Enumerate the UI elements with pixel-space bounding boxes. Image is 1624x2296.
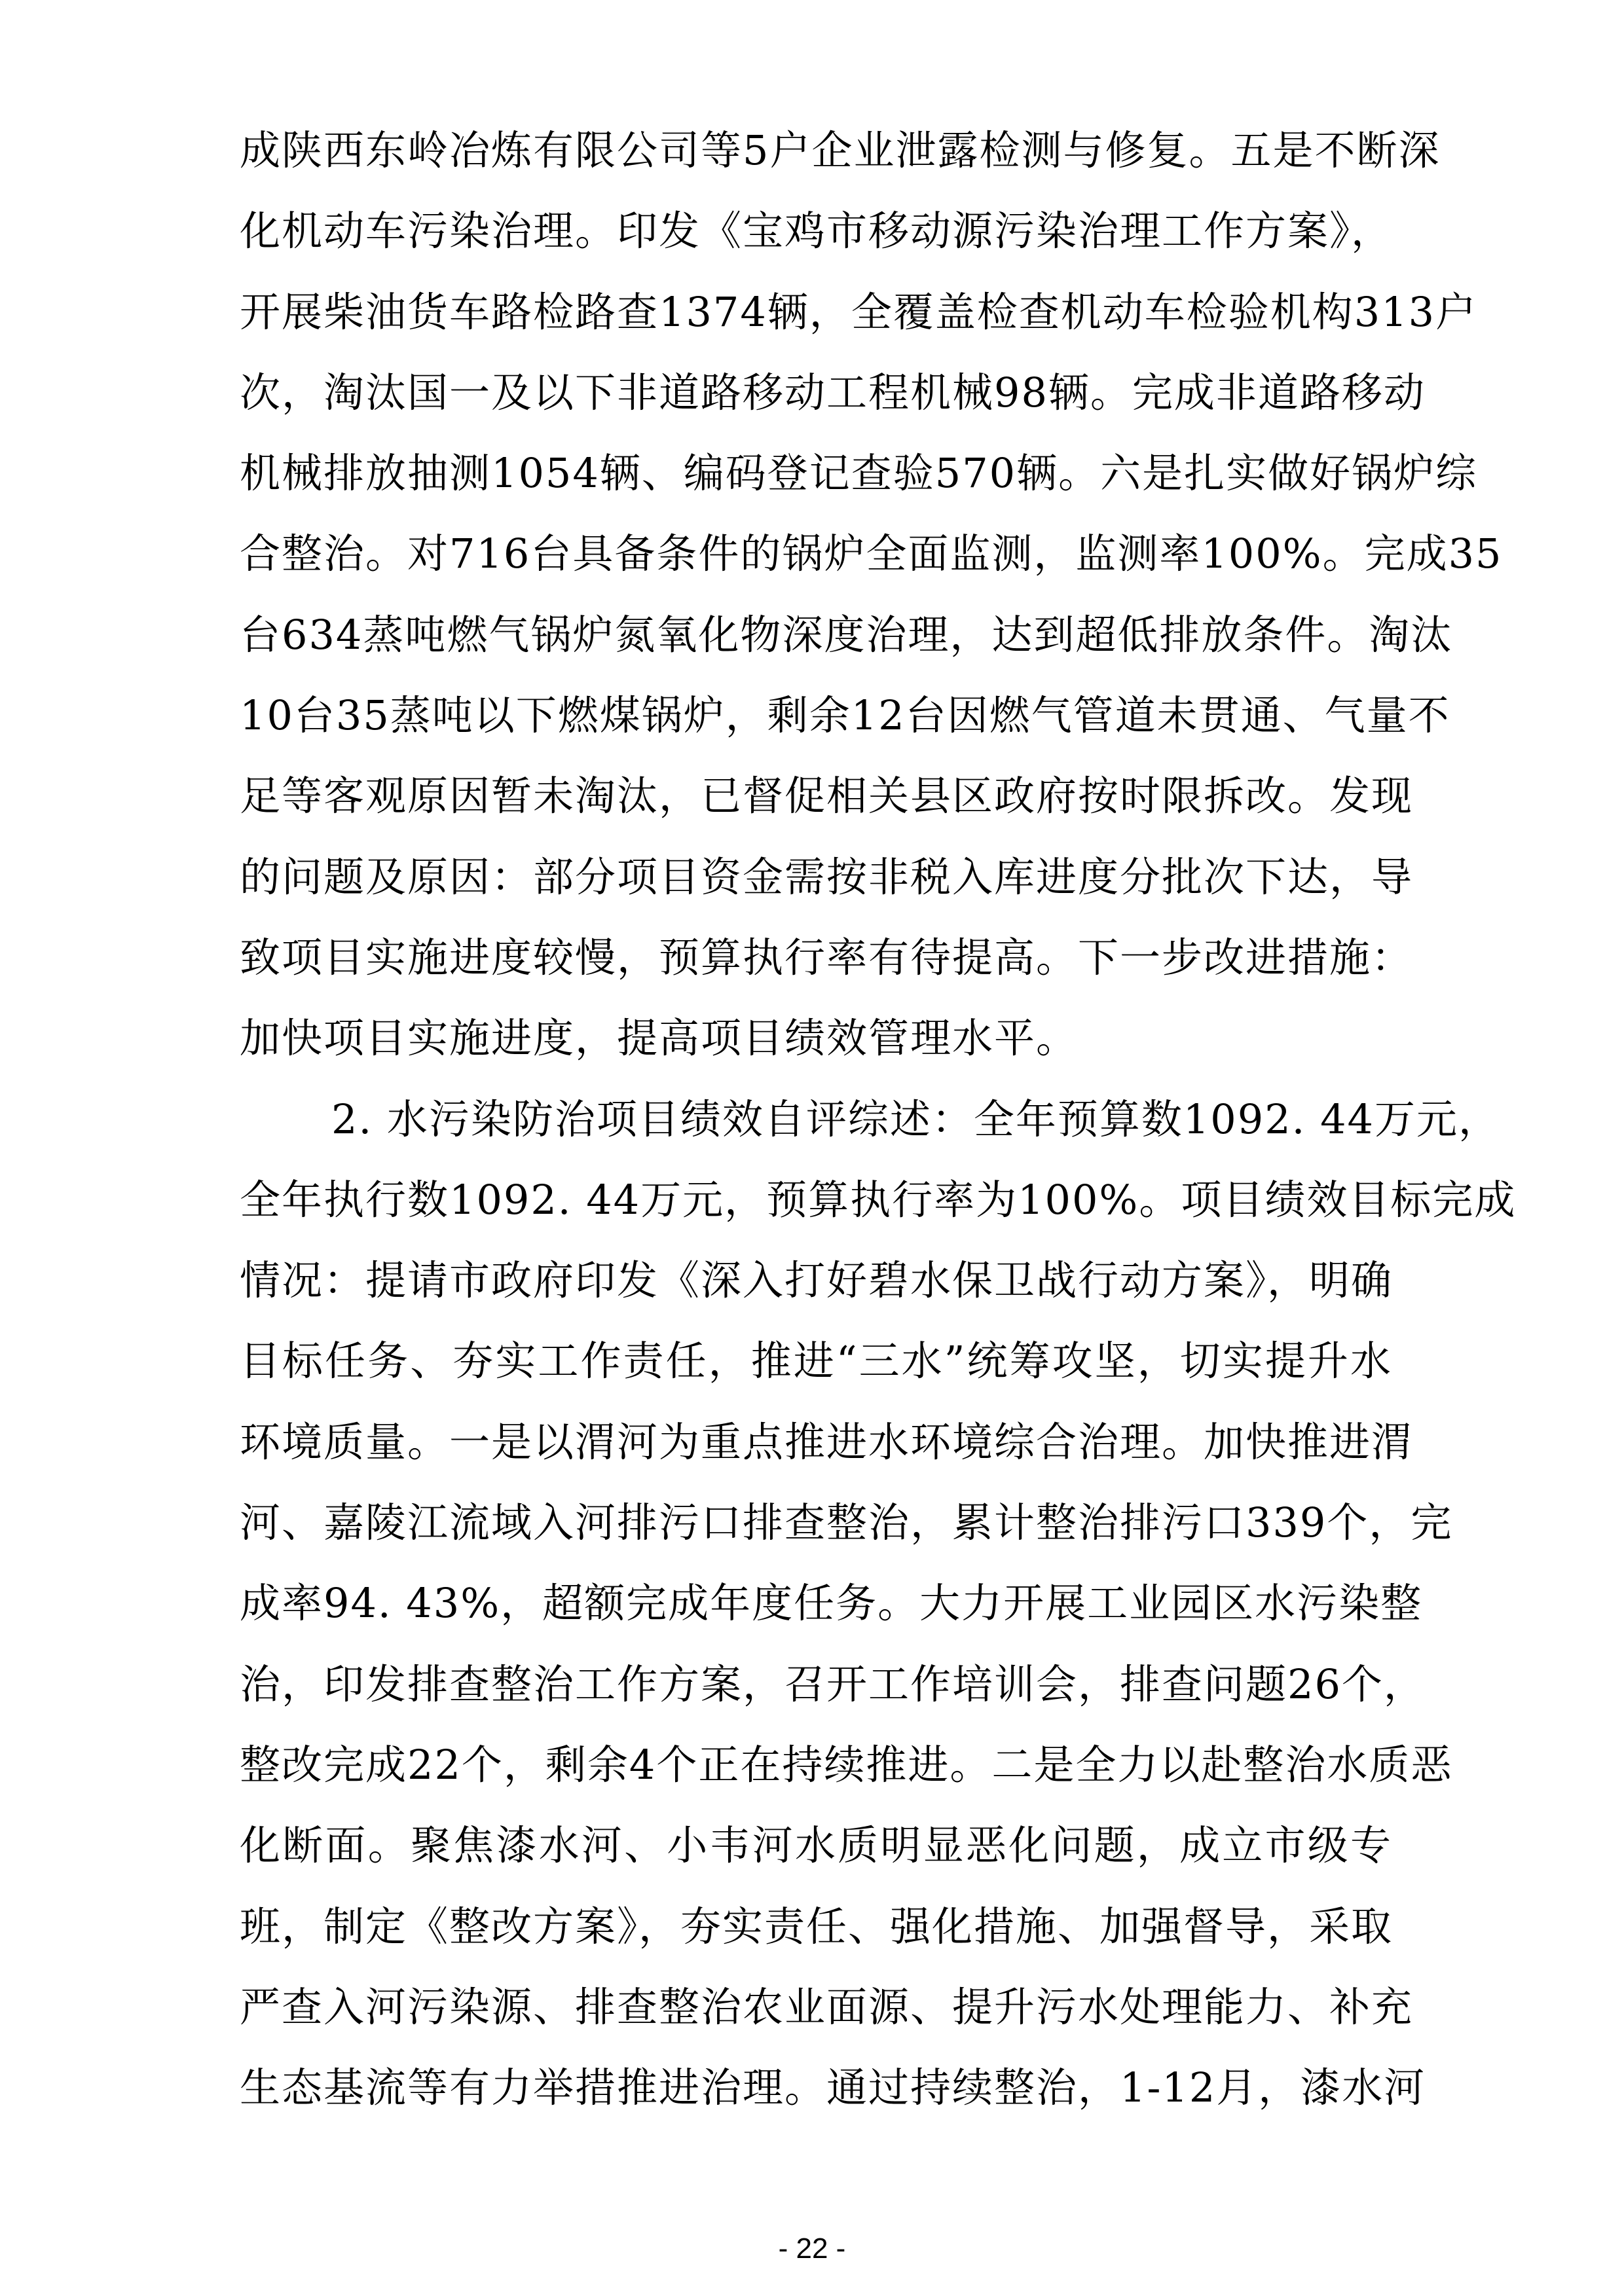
text-line: 全年执行数1092. 44万元，预算执行率为100%。项目绩效目标完成 bbox=[240, 1159, 1392, 1240]
text-line: 10台35蒸吨以下燃煤锅炉，剩余12台因燃气管道未贯通、气量不 bbox=[240, 675, 1392, 756]
text-line: 目标任务、夯实工作责任，推进“三水”统筹攻坚，切实提升水 bbox=[240, 1321, 1392, 1401]
paragraph-water-pollution: 2. 水污染防治项目绩效自评综述：全年预算数1092. 44万元， 全年执行数1… bbox=[240, 1079, 1392, 2128]
body-text: 成陕西东岭冶炼有限公司等5户企业泄露检测与修复。五是不断深 化机动车污染治理。印… bbox=[240, 110, 1392, 2128]
text-line: 台634蒸吨燃气锅炉氮氧化物深度治理，达到超低排放条件。淘汰 bbox=[240, 594, 1392, 675]
text-line: 环境质量。一是以渭河为重点推进水环境综合治理。加快推进渭 bbox=[240, 1402, 1392, 1482]
text-line: 生态基流等有力举措推进治理。通过持续整治，1-12月，漆水河 bbox=[240, 2047, 1392, 2128]
text-line: 合整治。对716台具备条件的锅炉全面监测，监测率100%。完成35 bbox=[240, 513, 1392, 594]
text-line: 情况：提请市政府印发《深入打好碧水保卫战行动方案》，明确 bbox=[240, 1240, 1392, 1321]
text-line: 足等客观原因暂未淘汰，已督促相关县区政府按时限拆改。发现 bbox=[240, 756, 1392, 836]
text-line: 治，印发排查整治工作方案，召开工作培训会，排查问题26个， bbox=[240, 1644, 1392, 1724]
text-line: 开展柴油货车路检路查1374辆，全覆盖检查机动车检验机构313户 bbox=[240, 272, 1392, 352]
text-line: 整改完成22个，剩余4个正在持续推进。二是全力以赴整治水质恶 bbox=[240, 1724, 1392, 1805]
text-line: 成陕西东岭冶炼有限公司等5户企业泄露检测与修复。五是不断深 bbox=[240, 110, 1392, 191]
paragraph-air-pollution-continuation: 成陕西东岭冶炼有限公司等5户企业泄露检测与修复。五是不断深 化机动车污染治理。印… bbox=[240, 110, 1392, 1079]
text-line: 机械排放抽测1054辆、编码登记查验570辆。六是扎实做好锅炉综 bbox=[240, 433, 1392, 513]
text-line: 化机动车污染治理。印发《宝鸡市移动源污染治理工作方案》， bbox=[240, 191, 1392, 271]
text-line: 班，制定《整改方案》，夯实责任、强化措施、加强督导，采取 bbox=[240, 1886, 1392, 1967]
text-line: 的问题及原因：部分项目资金需按非税入库进度分批次下达，导 bbox=[240, 837, 1392, 917]
text-line: 成率94. 43%，超额完成年度任务。大力开展工业园区水污染整 bbox=[240, 1563, 1392, 1643]
document-page: 成陕西东岭冶炼有限公司等5户企业泄露检测与修复。五是不断深 化机动车污染治理。印… bbox=[0, 0, 1624, 2296]
text-line: 化断面。聚焦漆水河、小韦河水质明显恶化问题，成立市级专 bbox=[240, 1805, 1392, 1886]
text-line-content: 2. 水污染防治项目绩效自评综述：全年预算数1092. 44万元， bbox=[331, 1095, 1500, 1143]
text-line: 河、嘉陵江流域入河排污口排查整治，累计整治排污口339个，完 bbox=[240, 1482, 1392, 1563]
text-line: 加快项目实施进度，提高项目绩效管理水平。 bbox=[240, 998, 1392, 1078]
text-line: 致项目实施进度较慢，预算执行率有待提高。下一步改进措施： bbox=[240, 917, 1392, 998]
text-line: 严查入河污染源、排查整治农业面源、提升污水处理能力、补充 bbox=[240, 1967, 1392, 2047]
text-line-first-indented: 2. 水污染防治项目绩效自评综述：全年预算数1092. 44万元， bbox=[240, 1079, 1392, 1159]
page-number: - 22 - bbox=[0, 2229, 1624, 2269]
text-line: 次，淘汰国一及以下非道路移动工程机械98辆。完成非道路移动 bbox=[240, 352, 1392, 433]
